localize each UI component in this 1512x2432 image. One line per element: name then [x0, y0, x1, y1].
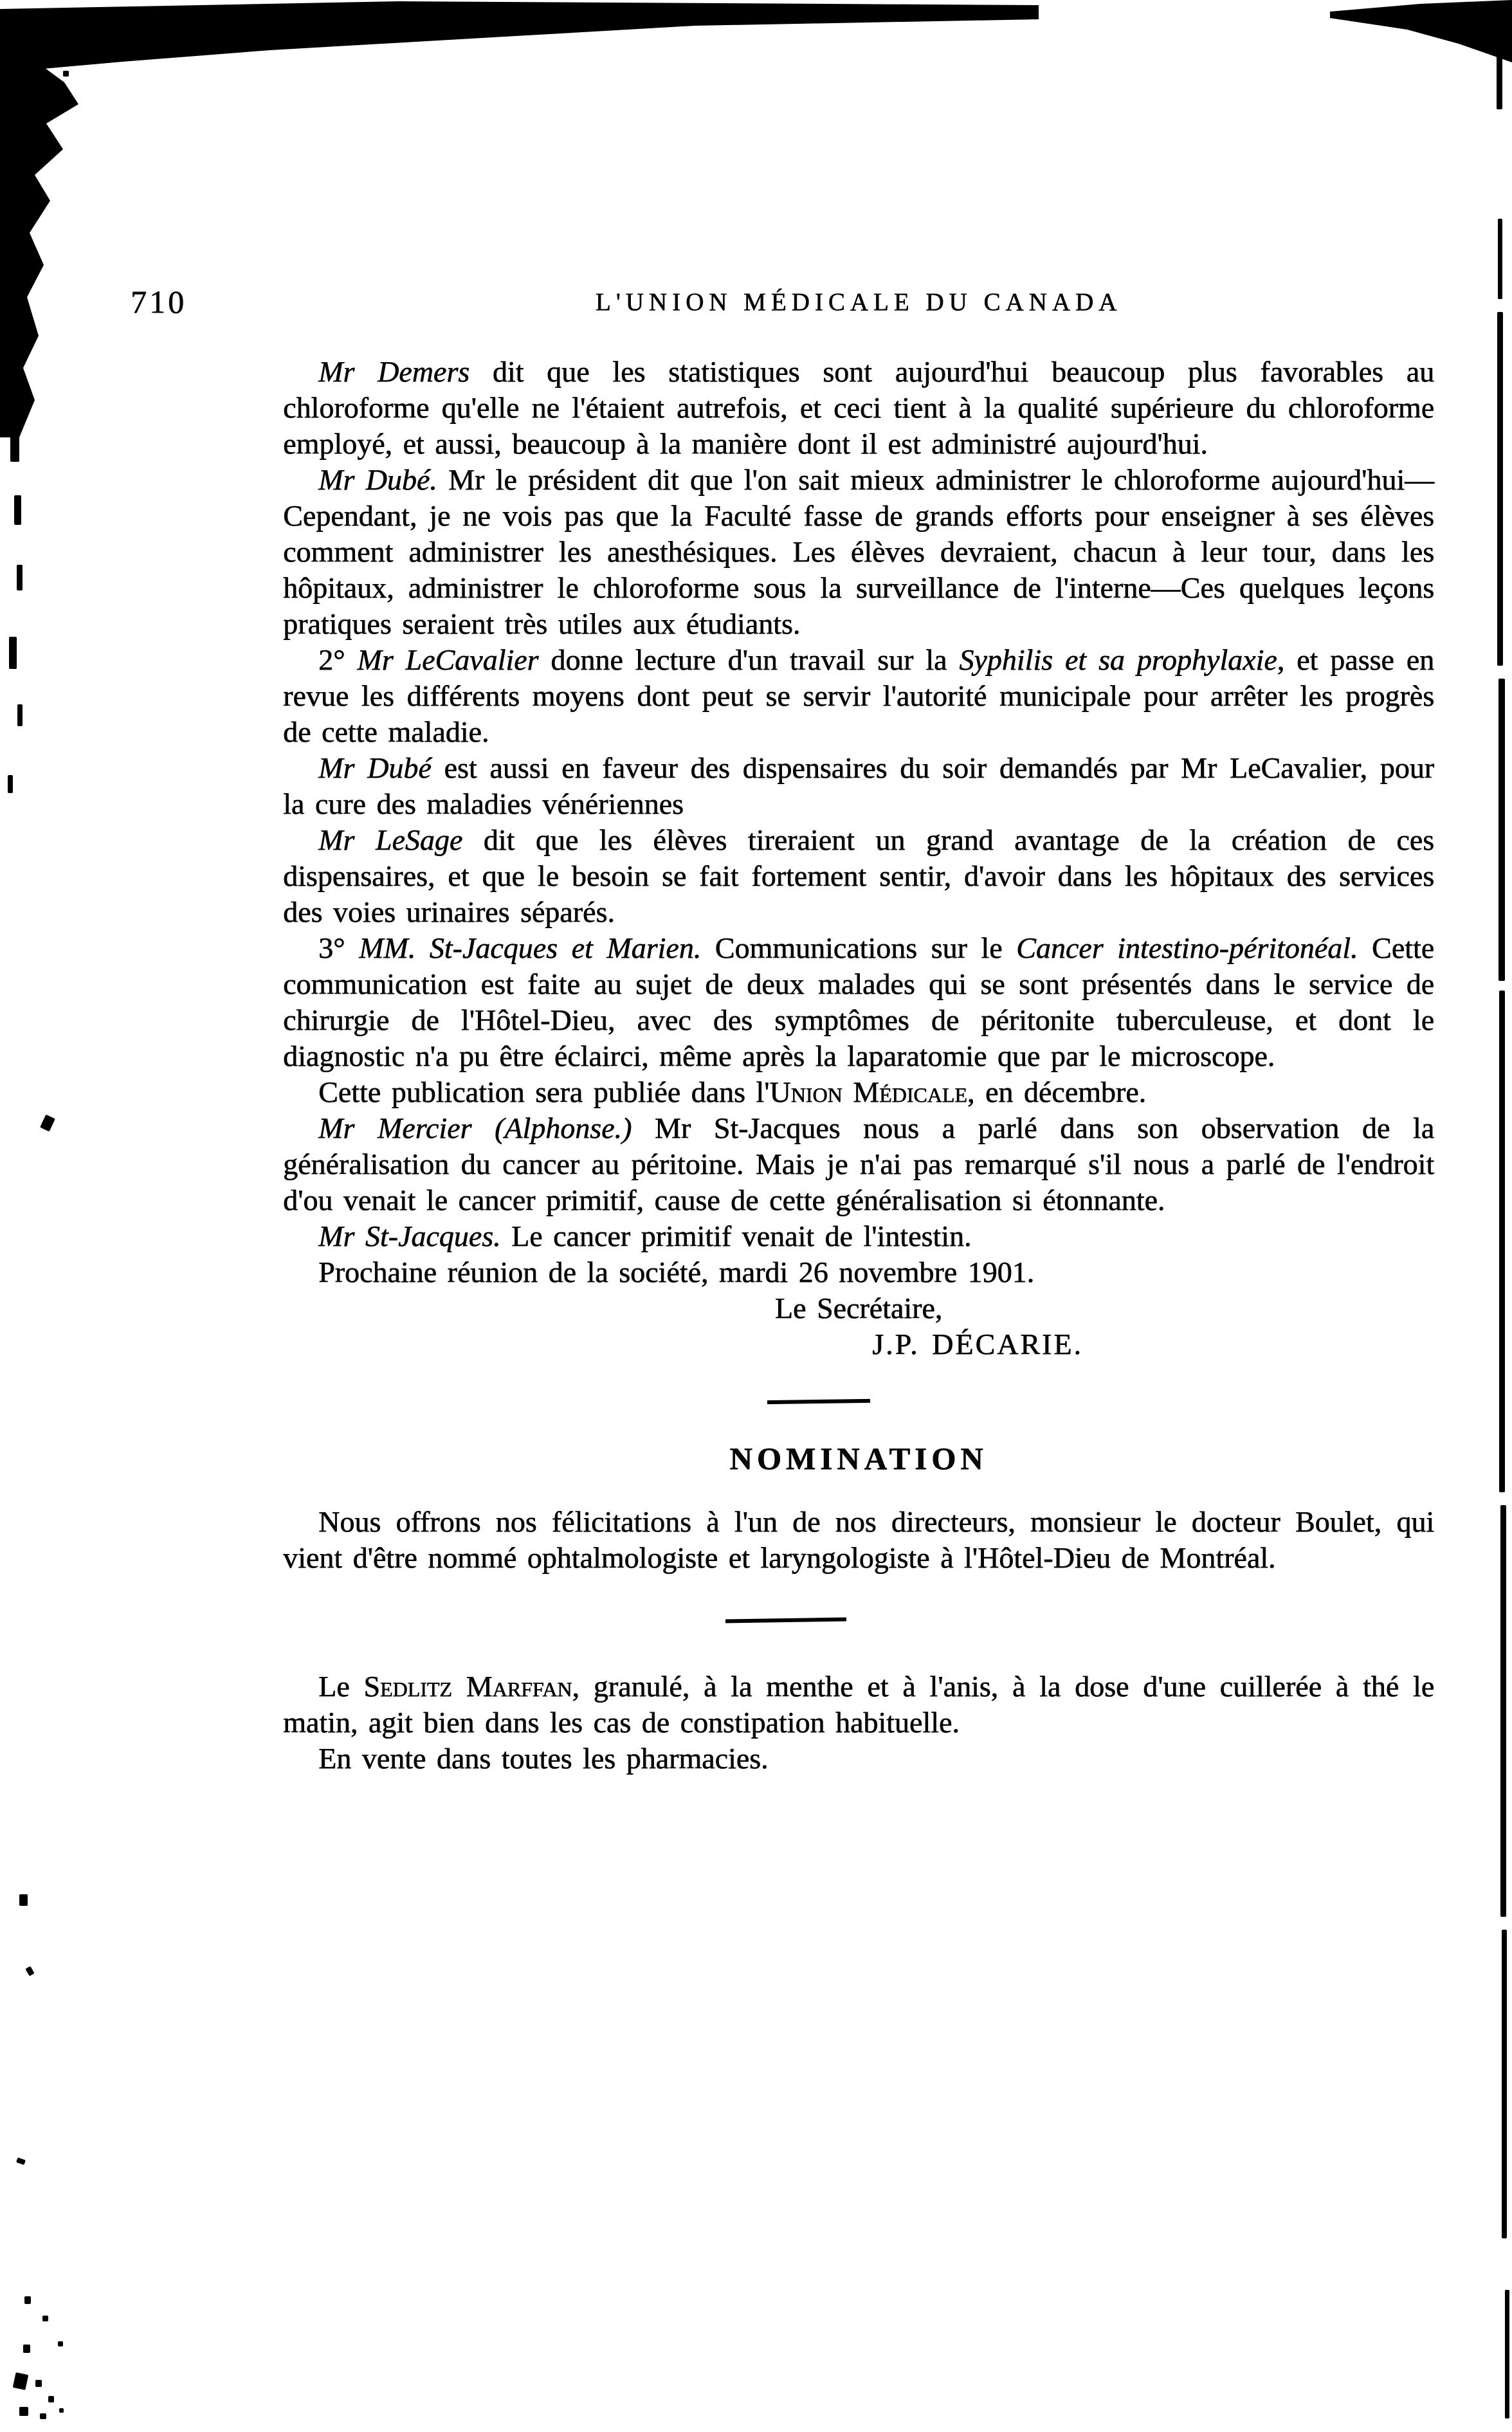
speaker-name: MM. St-Jacques et Marien. — [359, 931, 701, 964]
paragraph-text: Le — [318, 1670, 363, 1703]
paragraph-next-meeting: Prochaine réunion de la société, mardi 2… — [283, 1254, 1434, 1290]
page-number: 710 — [131, 283, 187, 320]
scan-speck — [24, 2296, 31, 2304]
scan-speck — [23, 2345, 30, 2353]
scan-artifact-right-line — [1502, 1930, 1507, 2238]
scan-speck — [40, 1115, 55, 1132]
scan-speck — [35, 2380, 42, 2387]
scan-speck — [40, 2413, 46, 2419]
paragraph-text: est aussi en faveur des dispensaires du … — [283, 751, 1434, 820]
journal-name-smallcaps: Union Médicale — [769, 1075, 967, 1108]
scan-artifact-right-line — [1499, 991, 1505, 1492]
scan-speck — [13, 2372, 29, 2390]
signature-role: Le Secrétaire, — [283, 1290, 1434, 1326]
scan-artifact-right-line — [1500, 1505, 1506, 1917]
text-column: Mr Demers dit que les statistiques sont … — [283, 354, 1434, 1777]
scan-speck — [42, 2316, 48, 2321]
item-number: 2° — [318, 643, 357, 676]
speaker-name: Mr Mercier (Alphonse.) — [318, 1111, 632, 1144]
paragraph-stjacques-reply: Mr St-Jacques. Le cancer primitif venait… — [283, 1218, 1434, 1254]
scan-artifact-right-line — [1505, 2290, 1509, 2418]
paragraph-advertisement-availability: En vente dans toutes les pharmacies. — [283, 1741, 1434, 1777]
scan-speck — [48, 2396, 54, 2402]
paragraph-text: Communications sur le — [701, 931, 1016, 964]
scan-artifact-left-edge-blob — [0, 64, 84, 437]
scan-speck — [58, 2341, 63, 2346]
paragraph-advertisement: Le Sedlitz Marffan, granulé, à la menthe… — [283, 1669, 1434, 1741]
signature-name: J.P. DÉCARIE. — [402, 1326, 1512, 1362]
paragraph-dube-dispensaires: Mr Dubé est aussi en faveur des dispensa… — [283, 750, 1434, 822]
paragraph-lesage: Mr LeSage dit que les élèves tireraient … — [283, 822, 1434, 930]
scan-artifact-top-right-corner — [1330, 0, 1512, 64]
paragraph-text: donne lecture d'un travail sur la — [538, 643, 959, 676]
paragraph-demers: Mr Demers dit que les statistiques sont … — [283, 354, 1434, 462]
scan-speck — [8, 775, 13, 793]
speaker-name: Mr LeCavalier — [357, 643, 538, 676]
paragraph-lecavalier: 2° Mr LeCavalier donne lecture d'un trav… — [283, 642, 1434, 750]
scan-artifact-top-band — [0, 0, 1039, 77]
paragraph-text: Mr le président dit que l'on sait mieux … — [283, 463, 1434, 640]
scan-speck — [63, 71, 69, 77]
scan-speck — [17, 704, 23, 726]
scan-speck — [14, 495, 21, 525]
journal-title: L'UNION MÉDICALE DU CANADA — [283, 288, 1434, 316]
scanned-journal-page: 710 L'UNION MÉDICALE DU CANADA Mr Demers… — [0, 0, 1512, 2432]
scan-artifact-right-line — [1498, 219, 1502, 299]
item-number: 3° — [318, 931, 359, 964]
scan-speck — [19, 2407, 28, 2416]
scan-speck — [25, 1966, 34, 1977]
section-separator-rule — [767, 1399, 870, 1404]
speaker-name: Mr Demers — [318, 355, 469, 388]
scan-speck — [17, 565, 23, 590]
paragraph-text: Cette publication sera publiée dans l' — [318, 1075, 769, 1108]
scan-speck — [59, 2408, 64, 2413]
paragraph-text: , en décembre. — [967, 1075, 1146, 1108]
scan-artifact-right-line — [1497, 312, 1503, 666]
paragraph-mercier: Mr Mercier (Alphonse.) Mr St-Jacques nou… — [283, 1110, 1434, 1218]
work-title: Syphilis et sa prophylaxie — [959, 643, 1277, 676]
speaker-name: Mr Dubé — [318, 751, 432, 784]
speaker-name: Mr St-Jacques. — [318, 1220, 500, 1252]
work-title: Cancer intestino-péritonéal. — [1016, 931, 1358, 964]
scan-speck — [19, 1894, 28, 1906]
paragraph-dube-president: Mr Dubé. Mr le président dit que l'on sa… — [283, 462, 1434, 642]
section-separator-rule — [725, 1618, 846, 1623]
paragraph-nomination: Nous offrons nos félicitations à l'un de… — [283, 1504, 1434, 1576]
scan-speck — [9, 637, 17, 669]
scan-speck — [16, 2157, 26, 2165]
paragraph-publication-note: Cette publication sera publiée dans l'Un… — [283, 1074, 1434, 1110]
scan-artifact-right-line — [1498, 679, 1505, 981]
product-name-smallcaps: Sedlitz Marffan — [363, 1670, 572, 1703]
scan-artifact-right-line — [1497, 19, 1502, 109]
paragraph-text: Le cancer primitif venait de l'intestin. — [500, 1220, 971, 1252]
speaker-name: Mr LeSage — [318, 823, 462, 856]
nomination-heading: NOMINATION — [283, 1441, 1434, 1477]
speaker-name: Mr Dubé. — [318, 463, 437, 496]
paragraph-stjacques-marien: 3° MM. St-Jacques et Marien. Communicati… — [283, 930, 1434, 1074]
scan-speck — [10, 425, 19, 462]
